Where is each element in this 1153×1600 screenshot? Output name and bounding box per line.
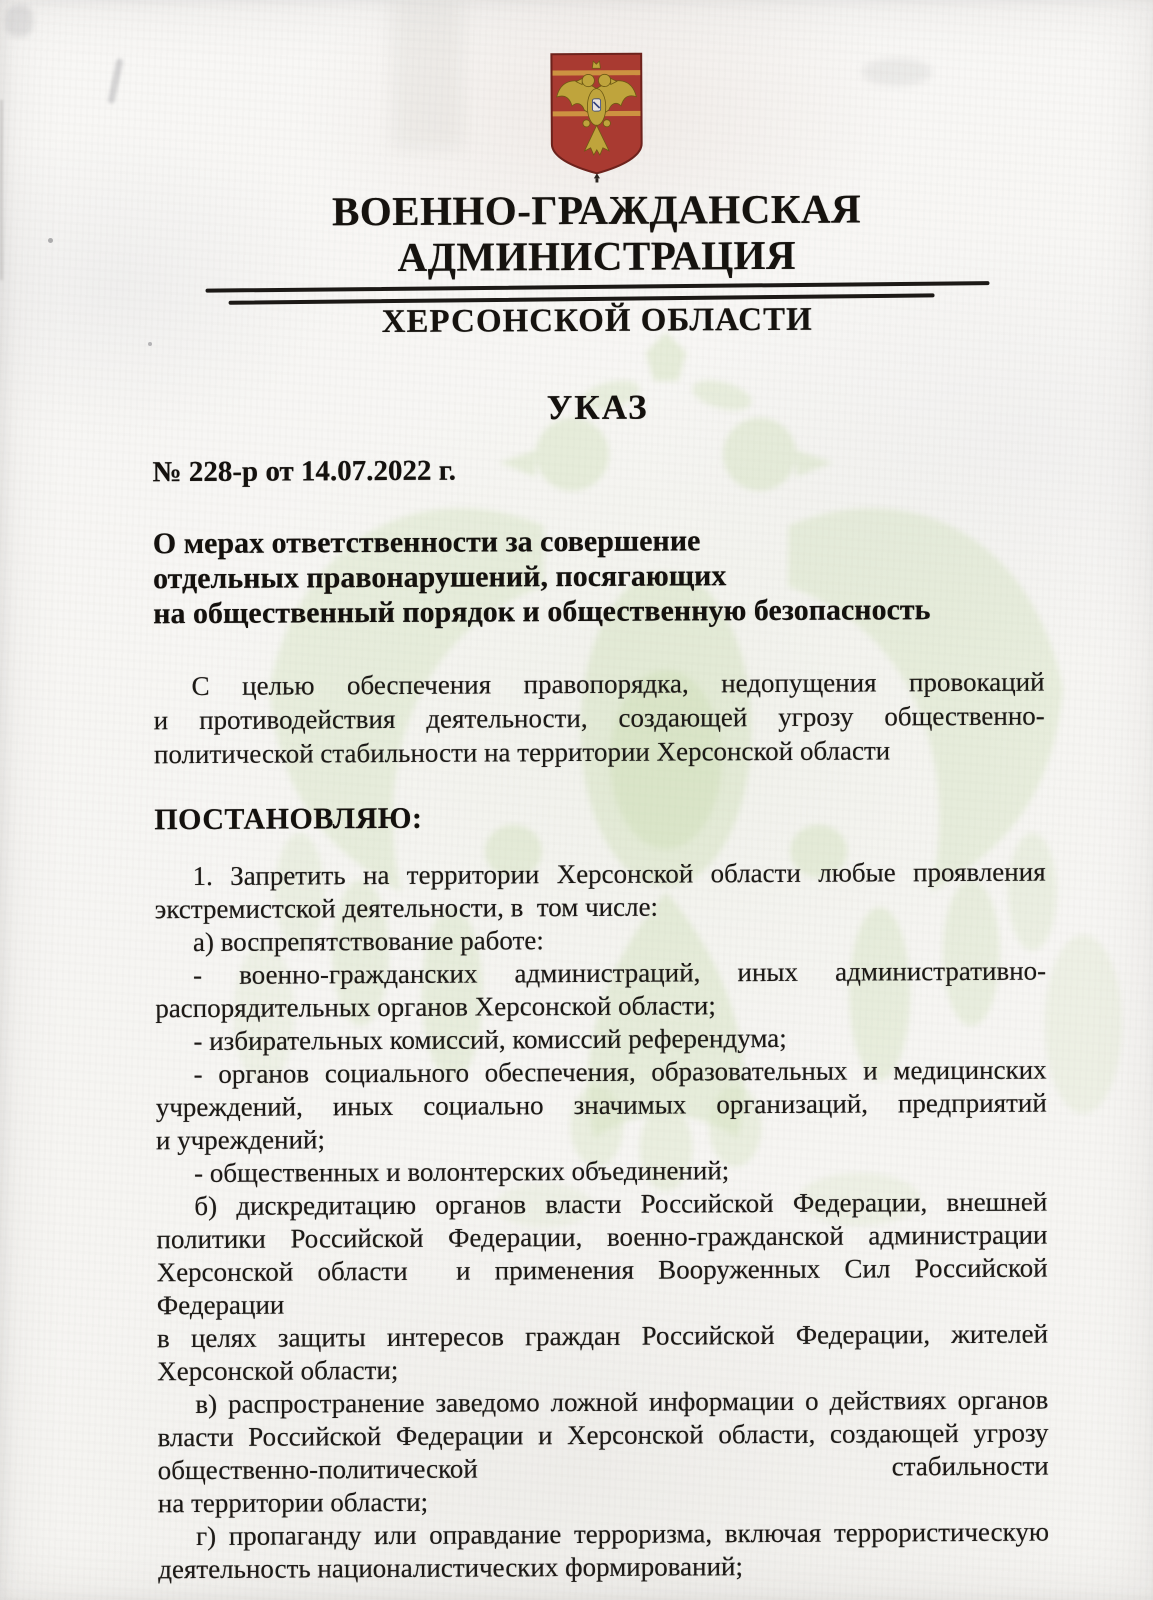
- text-line: политики Российской Федерации, военно-гр…: [156, 1218, 1047, 1256]
- text-line: Херсонской области и применения Вооружен…: [157, 1251, 1048, 1322]
- document-number-date: № 228-р от 14.07.2022 г.: [152, 449, 1043, 490]
- scanned-decree-page: ВОЕННО-ГРАЖДАНСКАЯ АДМИНИСТРАЦИЯ ХЕРСОНС…: [0, 0, 1153, 1600]
- text-line: политической стабильности на территории …: [154, 732, 1045, 771]
- text-line: - общественных и волонтерских объединени…: [156, 1152, 1047, 1190]
- text-line: - военно-гражданских администраций, иных…: [155, 954, 1046, 992]
- document-type-title: УКАЗ: [152, 383, 1043, 432]
- subject-block: О мерах ответственности за совершение от…: [153, 521, 1045, 631]
- dash-item-2: - избирательных комиссий, комиссий рефер…: [155, 1020, 1046, 1058]
- text-line: и учреждений;: [156, 1119, 1047, 1157]
- subject-line: на общественный порядок и общественную б…: [153, 591, 1044, 631]
- text-line: деятельность националистических формиров…: [158, 1548, 1049, 1586]
- text-line: в целях защиты интересов граждан Российс…: [157, 1317, 1048, 1355]
- item-v-paragraph: в) распространение заведомо ложной инфор…: [157, 1383, 1049, 1520]
- dash-item-1: - военно-гражданских администраций, иных…: [155, 954, 1046, 1025]
- text-line: а) воспрепятствование работе:: [155, 921, 1046, 959]
- text-line: на территории области;: [158, 1482, 1049, 1520]
- text-line: общественно-политической стабильности: [158, 1449, 1049, 1487]
- text-line: в) распространение заведомо ложной инфор…: [157, 1383, 1048, 1421]
- document-content: ВОЕННО-ГРАЖДАНСКАЯ АДМИНИСТРАЦИЯ ХЕРСОНС…: [0, 0, 1153, 1600]
- dash-item-3: - органов социального обеспечения, образ…: [156, 1053, 1048, 1157]
- item-a-paragraph: а) воспрепятствование работе:: [155, 921, 1046, 959]
- resolve-heading: ПОСТАНОВЛЯЮ:: [154, 797, 1045, 838]
- text-line: 1. Запретить на территории Херсонской об…: [154, 855, 1045, 893]
- intro-paragraph: С целью обеспечения правопорядка, недопу…: [153, 664, 1045, 771]
- text-line: - органов социального обеспечения, образ…: [156, 1053, 1047, 1091]
- org-title-line2: ХЕРСОНСКОЙ ОБЛАСТИ: [152, 299, 1043, 342]
- text-line: г) пропаганду или оправдание терроризма,…: [158, 1515, 1049, 1553]
- org-title-line1: ВОЕННО-ГРАЖДАНСКАЯ АДМИНИСТРАЦИЯ: [151, 184, 1042, 281]
- subject-line: О мерах ответственности за совершение: [153, 521, 1044, 561]
- header-rule-top: [205, 281, 989, 293]
- subject-line: отдельных правонарушений, посягающих: [153, 556, 1044, 596]
- item-g-paragraph: г) пропаганду или оправдание терроризма,…: [158, 1515, 1049, 1586]
- text-line: распорядительных органов Херсонской обла…: [155, 987, 1046, 1025]
- text-line: власти Российской Федерации и Херсонской…: [157, 1416, 1048, 1454]
- russia-coat-of-arms-icon: [545, 50, 648, 185]
- text-line: учреждений, иных социально значимых орга…: [156, 1086, 1047, 1124]
- text-line: и противодействия деятельности, создающе…: [154, 698, 1045, 737]
- text-line: Херсонской области;: [157, 1350, 1048, 1388]
- emblem-wrap: [545, 50, 648, 185]
- item-1-paragraph: 1. Запретить на территории Херсонской об…: [154, 855, 1045, 926]
- text-line: б) дискредитацию органов власти Российск…: [156, 1185, 1047, 1223]
- text-line: экстремистской деятельности, в том числе…: [155, 888, 1046, 926]
- dash-item-4: - общественных и волонтерских объединени…: [156, 1152, 1047, 1190]
- text-line: С целью обеспечения правопорядка, недопу…: [153, 664, 1044, 703]
- text-line: - избирательных комиссий, комиссий рефер…: [155, 1020, 1046, 1058]
- item-b-paragraph: б) дискредитацию органов власти Российск…: [156, 1185, 1048, 1388]
